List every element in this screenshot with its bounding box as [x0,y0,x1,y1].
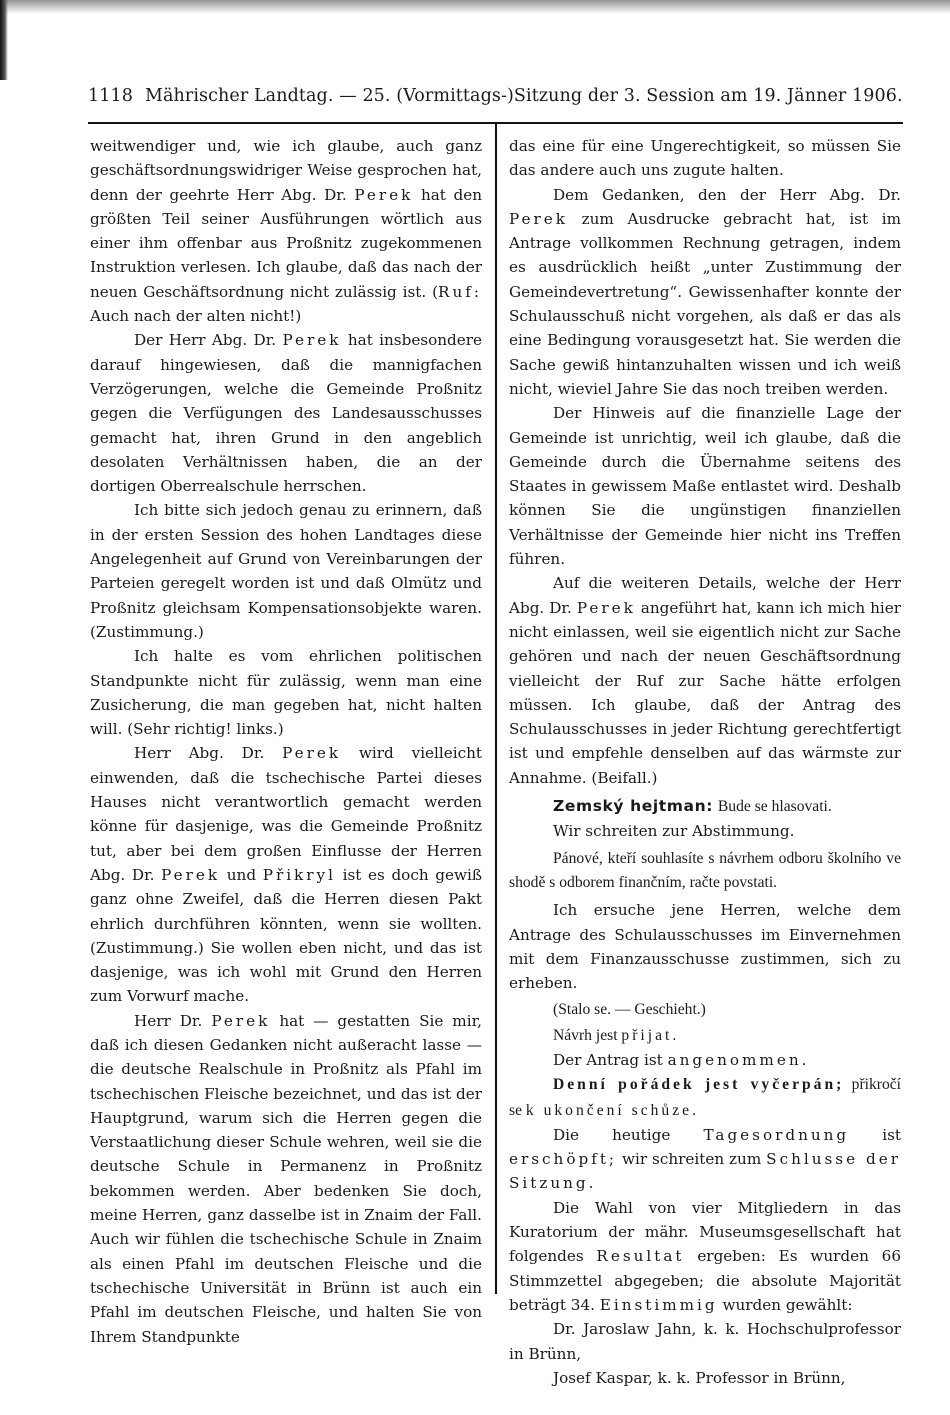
paragraph: Die heutige Tagesordnung ist erschöpft; … [509,1123,901,1196]
paragraph: Ich bitte sich jedoch genau zu erinnern,… [90,498,482,644]
paragraph: Der Herr Abg. Dr. Perek hat insbesondere… [90,328,482,498]
paragraph: Herr Abg. Dr. Perek wird vielleicht einw… [90,741,482,1008]
paragraph: Die Wahl von vier Mitgliedern in das Kur… [509,1196,901,1317]
paragraph: Herr Dr. Perek hat — gestatten Sie mir, … [90,1009,482,1349]
paragraph: Pánové, kteří souhlasíte s návrhem odbor… [509,847,901,896]
interjection-label: Ruf: [438,283,482,301]
speaker-name: Perek [283,331,342,349]
elected-member: Josef Kaspar, k. k. Professor in Brünn, [509,1366,901,1390]
speaker-name: Perek [354,186,413,204]
elected-member: Dr. Jaroslaw Jahn, k. k. Hochschulprofes… [509,1317,901,1366]
page-number: 1118 [88,86,133,106]
speaker-statement: Zemský hejtman: Bude se hlasovati. [509,794,901,819]
speaker-name: Perek [282,744,341,762]
paragraph: Ich ersuche jene Herren, welche dem Antr… [509,898,901,995]
column-divider [495,124,497,1294]
speaker-name: Perek [577,599,636,617]
paragraph: Dem Gedanken, den der Herr Abg. Dr. Pere… [509,183,901,402]
speaker-name: Perek [509,210,568,228]
speaker-name: Perek [161,866,220,884]
paragraph: Návrh jest přijat. [509,1023,901,1048]
paragraph: Der Hinweis auf die finanzielle Lage der… [509,401,901,571]
scan-left-edge [0,0,8,80]
scan-edge-shadow [0,0,950,14]
running-header: 1118 Mährischer Landtag. — 25. (Vormitta… [88,86,863,106]
result-note: (Stalo se. — Geschieht.) [509,998,901,1022]
paragraph: weitwendiger und, wie ich glaube, auch g… [90,134,482,328]
speaker-name: Perek [211,1012,270,1030]
page-header-title: Mährischer Landtag. — 25. (Vormittags-)S… [145,86,903,106]
paragraph: Auf die weiteren Details, welche der Her… [509,571,901,790]
left-column: weitwendiger und, wie ich glaube, auch g… [90,134,482,1349]
speaker-name: Přikryl [263,866,336,884]
paragraph: Wir schreiten zur Abstimmung. [509,819,901,843]
speaker-label: Zemský hejtman: [553,797,713,815]
paragraph: Denní pořádek jest vyčerpán; přikročí se… [509,1072,901,1123]
paragraph: Der Antrag ist angenommen. [509,1048,901,1072]
right-column: das eine für eine Ungerechtigkeit, so mü… [509,134,901,1390]
paragraph: das eine für eine Ungerechtigkeit, so mü… [509,134,901,183]
paragraph: Ich halte es vom ehrlichen politischen S… [90,644,482,741]
